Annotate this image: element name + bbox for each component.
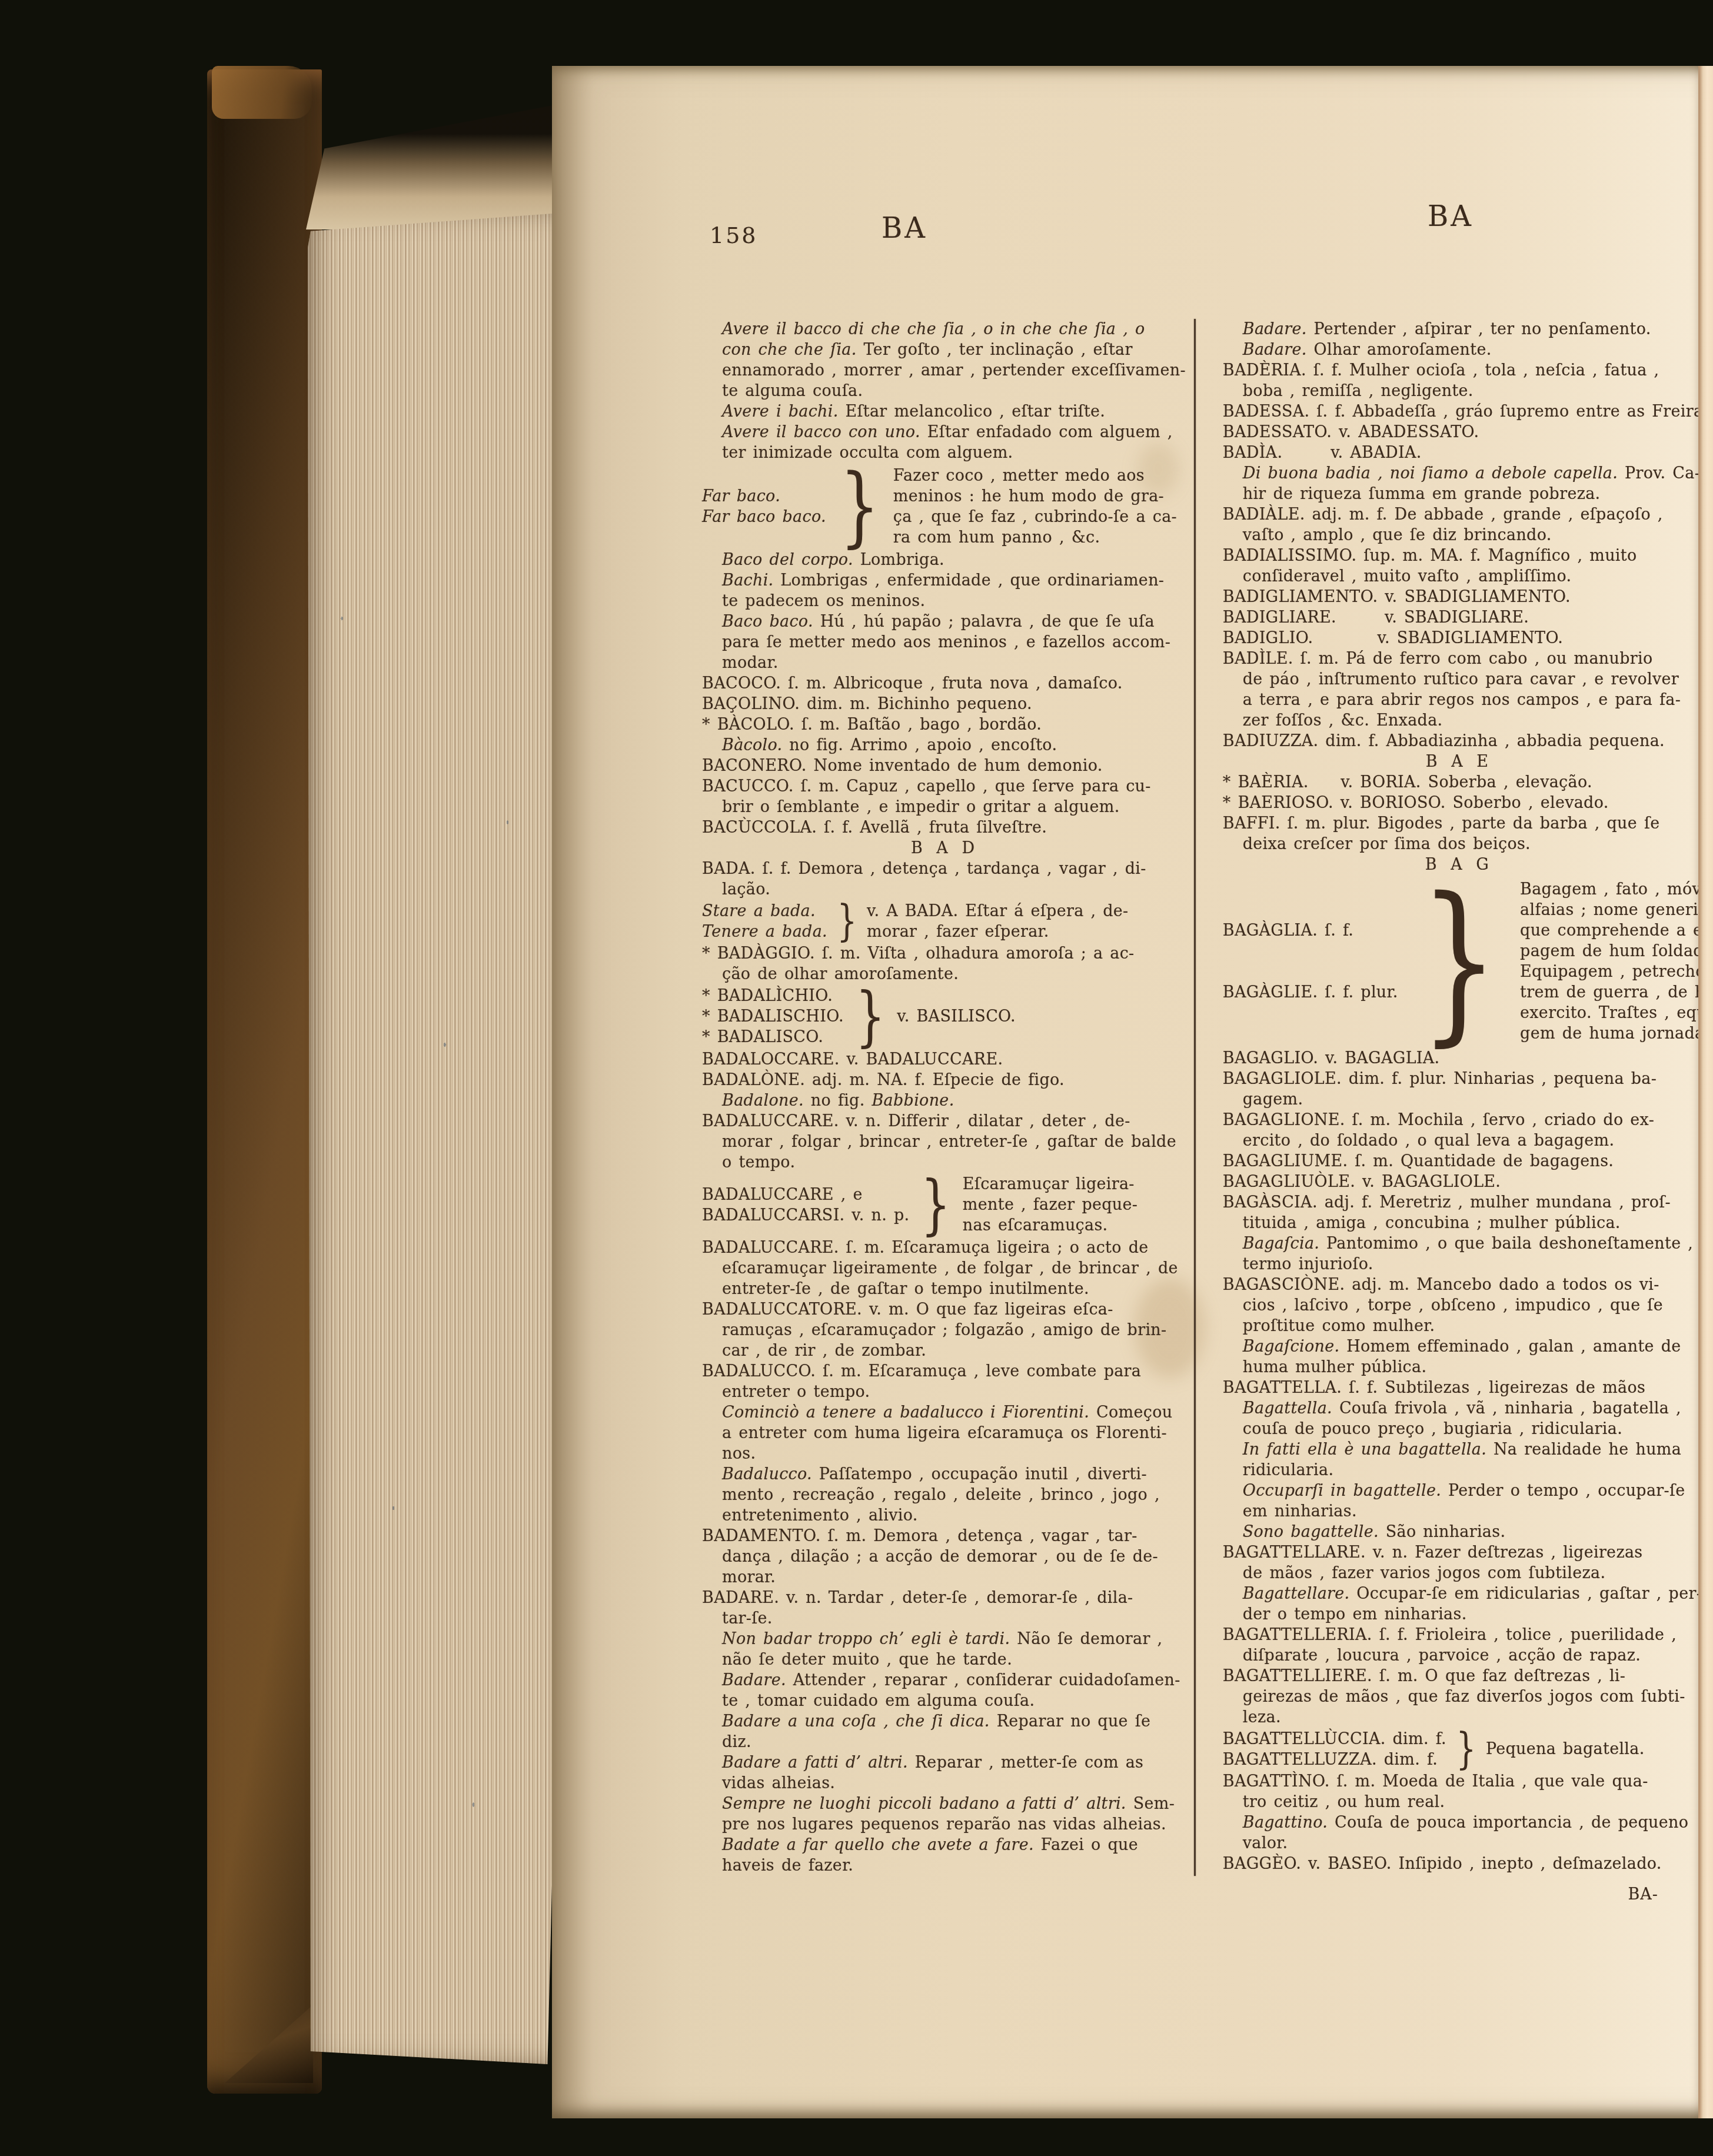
text-line: ennamorado , morrer , amar , pertender e…	[702, 360, 1187, 381]
text-line: Badare. Pertender , aſpirar , ter no pen…	[1223, 319, 1695, 340]
brace-glyph: }	[856, 984, 886, 1049]
next-page-edge	[1698, 66, 1713, 2118]
text-line: BACOCO. ſ. m. Albricoque , fruta nova , …	[702, 673, 1187, 694]
text-line: Badalucco. Paſſatempo , occupação inutil…	[702, 1464, 1187, 1485]
brace-labels: BAGATTELLÙCCIA. dim. f.BAGATTELLUZZA. di…	[1223, 1729, 1446, 1770]
text-line: BADAMENTO. ſ. m. Demora , detença , vaga…	[702, 1526, 1187, 1546]
text-line: BAGGÈO. v. BASEO. Inſipido , inepto , de…	[1223, 1854, 1695, 1874]
text-line: car , de rir , de zombar.	[702, 1340, 1187, 1361]
text-line: para ſe metter medo aos meninos , e faze…	[702, 632, 1187, 653]
text-line: Bachi. Lombrigas , enfermidade , que ord…	[702, 570, 1187, 591]
brace-label	[702, 465, 826, 486]
brace-label: BADALUCCARE , e	[702, 1185, 909, 1205]
text-line: conſideravel , muito vaſto , ampliſſimo.	[1223, 566, 1695, 587]
brace-label: Stare a bada.	[702, 901, 827, 921]
text-line: BAGATTELLARE. v. n. Fazer deſtrezas , li…	[1223, 1542, 1695, 1563]
brace-definition: Pequena bagatella.	[1481, 1739, 1645, 1759]
text-line: valor.	[1223, 1833, 1695, 1854]
text-line: BADALÒNE. adj. m. NA. f. Eſpecie de figo…	[702, 1070, 1187, 1090]
text-line: BADÈRIA. ſ. f. Mulher ocioſa , tola , ne…	[1223, 360, 1695, 381]
text-line: BAGAGLIOLE. dim. f. plur. Ninharias , pe…	[1223, 1069, 1695, 1089]
brace-text: v. BASILISCO.	[897, 1006, 1016, 1027]
brace-group: BAGATTELLÙCCIA. dim. f.BAGATTELLUZZA. di…	[1223, 1728, 1695, 1771]
text-columns: Avere il bacco di che che ſia , o in che…	[702, 319, 1695, 1876]
text-line: te , tomar cuidado em alguma couſa.	[702, 1691, 1187, 1711]
page-fore-edge-stack	[308, 211, 593, 2064]
text-line: BADARE. v. n. Tardar , deter-ſe , demora…	[702, 1588, 1187, 1608]
text-line: BADIALISSIMO. ſup. m. MA. f. Magnífico ,…	[1223, 545, 1695, 566]
text-line: Badare. Olhar amoroſamente.	[1223, 340, 1695, 360]
text-line: morar.	[702, 1567, 1187, 1588]
text-line: ercito , do ſoldado , o qual leva a baga…	[1223, 1130, 1695, 1151]
text-line: BADALUCCARE. v. n. Differir , dilatar , …	[702, 1111, 1187, 1132]
text-line: BADIGLIARE. v. SBADIGLIARE.	[1223, 607, 1695, 628]
section-heading: B A E	[1223, 751, 1695, 772]
brace-labels: BADALUCCARE , eBADALUCCARSI. v. n. p.	[702, 1185, 909, 1226]
text-line: entreter-ſe , de gaſtar o tempo inutilme…	[702, 1279, 1187, 1299]
text-line: zer foſſos , &c. Enxada.	[1223, 710, 1695, 731]
text-line: BACUCCO. ſ. m. Capuz , capello , que ſer…	[702, 776, 1187, 797]
brace-group: * BADALÌCHIO.* BADALISCHIO.* BADALISCO.}…	[702, 984, 1187, 1049]
text-line: boba , remiſſa , negligente.	[1223, 381, 1695, 401]
text-line: Bagaſcione. Homem effeminado , galan , a…	[1223, 1336, 1695, 1357]
text-line: tituida , amiga , concubina ; mulher púb…	[1223, 1213, 1695, 1233]
text-line: BAGATTELLA. ſ. f. Subtilezas , ligeireza…	[1223, 1378, 1695, 1398]
text-line: geirezas de mãos , que faz diverſos jogo…	[1223, 1686, 1695, 1707]
left-column: Avere il bacco di che che ſia , o in che…	[702, 319, 1187, 1876]
brace-label	[1223, 1023, 1398, 1044]
text-line: Bagattella. Couſa frivola , vã , ninhari…	[1223, 1398, 1695, 1419]
brace-label	[1223, 879, 1398, 900]
book-cover-spine-edge	[207, 69, 322, 2094]
text-line: Bagattellare. Occupar-ſe em ridicularias…	[1223, 1583, 1695, 1604]
brace-labels: Stare a bada.Tenere a bada.	[702, 901, 827, 942]
text-line: BAGAGLIUME. ſ. m. Quantidade de bagagens…	[1223, 1151, 1695, 1172]
text-line: Avere il bacco con uno. Eſtar enfadado c…	[702, 422, 1187, 442]
text-line: couſa de pouco preço , bugiaria , ridicu…	[1223, 1419, 1695, 1439]
brace-labels: Far baco.Far baco baco.	[702, 465, 826, 548]
text-line: BAGÀSCIA. adj. f. Meretriz , mulher mund…	[1223, 1192, 1695, 1213]
brace-label: * BADALÌCHIO.	[702, 986, 844, 1006]
text-line: BAGATTELLIERE. ſ. m. O que faz deſtrezas…	[1223, 1666, 1695, 1686]
brace-text: trem de guerra , de hum	[1520, 982, 1699, 1003]
brace-text: nas eſcaramuças.	[963, 1215, 1137, 1236]
brace-label	[1223, 961, 1398, 982]
printed-text-layer: 158 BA BA Avere il bacco di che che ſia …	[552, 66, 1699, 2118]
text-line: BAGAGLIONE. ſ. m. Mochila , ſervo , cria…	[1223, 1110, 1695, 1130]
brace-group: BADALUCCARE , eBADALUCCARSI. v. n. p.}Eſ…	[702, 1173, 1187, 1237]
brace-group: Far baco.Far baco baco. }Fazer coco , me…	[702, 463, 1187, 550]
text-line: entreter o tempo.	[702, 1382, 1187, 1402]
text-line: Bagaſcia. Pantomimo , o que baila deshon…	[1223, 1233, 1695, 1254]
brace-label: BAGÀGLIE. ſ. f. plur.	[1223, 982, 1398, 1003]
text-line: ridicularia.	[1223, 1460, 1695, 1480]
text-line: ramuças , eſcaramuçador ; folgazão , ami…	[702, 1320, 1187, 1340]
brace-labels: BAGÀGLIA. ſ. f. BAGÀGLIE. ſ. f. plur.	[1223, 879, 1398, 1044]
brace-text: mente , fazer peque-	[963, 1195, 1137, 1215]
text-line: In fatti ella è una bagattella. Na reali…	[1223, 1439, 1695, 1460]
text-line: a entreter com huma ligeira eſcaramuça o…	[702, 1423, 1187, 1443]
text-line: Sempre ne luoghi piccoli badano a fatti …	[702, 1794, 1187, 1814]
text-line: mento , recreação , regalo , deleite , b…	[702, 1485, 1187, 1505]
text-line: tro ceitiz , ou hum real.	[1223, 1792, 1695, 1812]
brace-definition: Bagagem , fato , móveis ,alfaias ; nome …	[1515, 879, 1699, 1044]
text-line: BACÙCCOLA. ſ. f. Avellã , fruta ſilveſtr…	[702, 817, 1187, 838]
text-line: Badalone. no fig. Babbione.	[702, 1090, 1187, 1111]
text-line: BADALUCCATORE. v. m. O que faz ligeiras …	[702, 1299, 1187, 1320]
text-line: BADÌLE. ſ. m. Pá de ferro com cabo , ou …	[1223, 648, 1695, 669]
text-line: BAÇOLINO. dim. m. Bichinho pequeno.	[702, 694, 1187, 714]
text-line: em ninharias.	[1223, 1501, 1695, 1522]
right-column: Badare. Pertender , aſpirar , ter no pen…	[1196, 319, 1695, 1876]
brace-text: gem de huma jornada.	[1520, 1023, 1699, 1044]
text-line: haveis de fazer.	[702, 1855, 1187, 1876]
section-heading: B A D	[702, 838, 1187, 859]
brace-label: Far baco baco.	[702, 507, 826, 527]
text-line: Badare a fatti d’ altri. Reparar , mette…	[702, 1752, 1187, 1773]
text-line: BADIUZZA. dim. f. Abbadiazinha , abbadia…	[1223, 731, 1695, 751]
text-line: te padecem os meninos.	[702, 591, 1187, 611]
brace-text: pagem de hum ſoldado.	[1520, 941, 1699, 961]
text-line: * BADÀGGIO. ſ. m. Viſta , olhadura amoro…	[702, 943, 1187, 964]
running-head-right: BA	[1428, 200, 1473, 233]
brace-label: * BADALISCHIO.	[702, 1006, 844, 1027]
brace-labels: * BADALÌCHIO.* BADALISCHIO.* BADALISCO.	[702, 986, 844, 1047]
text-line: BAGASCIÒNE. adj. m. Mancebo dado a todos…	[1223, 1275, 1695, 1295]
brace-text: Equipagem , petrechos ,	[1520, 961, 1699, 982]
text-line: a terra , e para abrir regos nos campos …	[1223, 690, 1695, 710]
brace-text: Bagagem , fato , móveis ,	[1520, 879, 1699, 900]
text-line: cios , laſcivo , torpe , obſceno , impud…	[1223, 1295, 1695, 1316]
brace-group: Stare a bada.Tenere a bada.}v. A BADA. E…	[702, 900, 1187, 943]
text-line: BAGAGLIUÒLE. v. BAGAGLIOLE.	[1223, 1172, 1695, 1192]
text-line: BADA. ſ. f. Demora , detença , tardança …	[702, 859, 1187, 879]
brace-label: Tenere a bada.	[702, 921, 827, 942]
text-line: diſparate , loucura , parvoice , acção d…	[1223, 1645, 1695, 1666]
text-line: Cominciò a tenere a badalucco i Fiorenti…	[702, 1402, 1187, 1423]
text-line: BAGATTELLERIA. ſ. f. Frioleira , tolice …	[1223, 1625, 1695, 1645]
book-page: 158 BA BA Avere il bacco di che che ſia …	[552, 66, 1699, 2118]
text-line: * BÀCOLO. ſ. m. Baſtão , bago , bordão.	[702, 714, 1187, 735]
text-line: con che che ſia. Ter goſto , ter inclina…	[702, 340, 1187, 360]
text-line: deixa creſcer por ſima dos beiços.	[1223, 834, 1695, 854]
text-line: BADESSATO. v. ABADESSATO.	[1223, 422, 1695, 442]
text-line: morar , folgar , brincar , entreter-ſe ,…	[702, 1132, 1187, 1152]
text-line: * BAÈRIA. v. BORIA. Soberba , elevação.	[1223, 772, 1695, 793]
brace-label	[1223, 941, 1398, 961]
text-line: Badare. Attender , reparar , conſiderar …	[702, 1670, 1187, 1691]
text-line: BACONERO. Nome inventado de hum demonio.	[702, 756, 1187, 776]
brace-label: BAGÀGLIA. ſ. f.	[1223, 920, 1398, 941]
text-line: brir o ſemblante , e impedir o gritar a …	[702, 797, 1187, 817]
text-line: de páo , inſtrumento ruſtico para cavar …	[1223, 669, 1695, 690]
brace-text: ra com hum panno , &c.	[893, 527, 1177, 548]
brace-label: BADALUCCARSI. v. n. p.	[702, 1205, 909, 1226]
text-line: lação.	[702, 879, 1187, 900]
brace-definition: v. BASILISCO.	[892, 1006, 1016, 1027]
text-line: ter inimizade occulta com alguem.	[702, 442, 1187, 463]
brace-glyph: }	[921, 1173, 951, 1237]
text-line: * BAERIOSO. v. BORIOSO. Soberbo , elevad…	[1223, 793, 1695, 813]
text-line: tar-ſe.	[702, 1608, 1187, 1629]
brace-definition: Fazer coco , metter medo aosmeninos : he…	[889, 465, 1177, 548]
text-line: BADIGLIO. v. SBADIGLIAMENTO.	[1223, 628, 1695, 648]
brace-label: * BADALISCO.	[702, 1027, 844, 1047]
text-line: Non badar troppo ch’ egli è tardi. Não ſ…	[702, 1629, 1187, 1649]
text-line: não ſe deter muito , que he tarde.	[702, 1649, 1187, 1670]
brace-glyph: }	[1456, 1728, 1476, 1771]
brace-text: que comprehende a equi-	[1520, 920, 1699, 941]
brace-group: BAGÀGLIA. ſ. f. BAGÀGLIE. ſ. f. plur. }B…	[1223, 875, 1695, 1048]
text-line: BADIÀLE. adj. m. f. De abbade , grande ,…	[1223, 504, 1695, 525]
brace-text: Eſcaramuçar ligeira-	[963, 1174, 1137, 1195]
text-line: Avere il bacco di che che ſia , o in che…	[702, 319, 1187, 340]
text-line: dança , dilação ; a acção de demorar , o…	[702, 1546, 1187, 1567]
brace-text: Pequena bagatella.	[1486, 1739, 1645, 1759]
brace-label	[1223, 900, 1398, 920]
brace-label: BAGATTELLUZZA. dim. f.	[1223, 1749, 1446, 1770]
brace-text: ça , que ſe faz , cubrindo-ſe a ca-	[893, 507, 1177, 527]
text-line: de mãos , fazer varios jogos com ſubtile…	[1223, 1563, 1695, 1583]
text-line: BADÌA. v. ABADIA.	[1223, 442, 1695, 463]
text-line: BADALOCCARE. v. BADALUCCARE.	[702, 1049, 1187, 1070]
brace-text: Fazer coco , metter medo aos	[893, 465, 1177, 486]
text-line: vidas alheias.	[702, 1773, 1187, 1794]
text-line: Badate a far quello che avete a fare. Fa…	[702, 1835, 1187, 1855]
brace-text: morar , fazer eſperar.	[867, 921, 1128, 942]
brace-text: exercito. Traſtes , equipa-	[1520, 1003, 1699, 1023]
page-number: 158	[710, 222, 758, 248]
text-line: pre nos lugares pequenos reparão nas vid…	[702, 1814, 1187, 1835]
text-line: BADIGLIAMENTO. v. SBADIGLIAMENTO.	[1223, 587, 1695, 607]
running-head-left: BA	[882, 212, 927, 245]
text-line: modar.	[702, 653, 1187, 673]
text-line: BADALUCCO. ſ. m. Eſcaramuça , leve comba…	[702, 1361, 1187, 1382]
text-line: Baco del corpo. Lombriga.	[702, 550, 1187, 570]
text-line: BADESSA. ſ. f. Abbadeſſa , gráo ſupremo …	[1223, 401, 1695, 422]
text-line: ção de olhar amoroſamente.	[702, 964, 1187, 984]
brace-glyph: }	[837, 900, 857, 943]
text-line: huma mulher pública.	[1223, 1357, 1695, 1378]
text-line: eſcaramuçar ligeiramente , de folgar , d…	[702, 1258, 1187, 1279]
text-line: Bàcolo. no fig. Arrimo , apoio , encoſto…	[702, 735, 1187, 756]
brace-glyph: }	[840, 463, 880, 550]
brace-label: Far baco.	[702, 486, 826, 507]
text-line: Avere i bachi. Eſtar melancolico , eſtar…	[702, 401, 1187, 422]
text-line: nos.	[702, 1443, 1187, 1464]
brace-definition: Eſcaramuçar ligeira-mente , fazer peque-…	[958, 1174, 1137, 1236]
text-line: proſtitue como mulher.	[1223, 1316, 1695, 1336]
text-line: diz.	[702, 1732, 1187, 1752]
brace-label: BAGATTELLÙCCIA. dim. f.	[1223, 1729, 1446, 1749]
brace-label	[1223, 1003, 1398, 1023]
text-line: Bagattino. Couſa de pouca importancia , …	[1223, 1812, 1695, 1833]
brace-glyph: }	[1419, 875, 1499, 1048]
text-line: termo injurioſo.	[1223, 1254, 1695, 1275]
photo-scene: 158 BA BA Avere il bacco di che che ſia …	[0, 0, 1713, 2156]
text-line: entretenimento , alivio.	[702, 1505, 1187, 1526]
brace-text: meninos : he hum modo de gra-	[893, 486, 1177, 507]
text-line: Di buona badia , noi ſiamo a debole cape…	[1223, 463, 1695, 484]
brace-label	[702, 527, 826, 548]
text-line: vaſto , amplo , que ſe diz brincando.	[1223, 525, 1695, 545]
text-line: Badare a una coſa , che ſi dica. Reparar…	[702, 1711, 1187, 1732]
text-line: gagem.	[1223, 1089, 1695, 1110]
brace-definition: v. A BADA. Eſtar á eſpera , de-morar , f…	[862, 901, 1128, 942]
text-line: Baco baco. Hú , hú papão ; palavra , de …	[702, 611, 1187, 632]
text-line: Sono bagattelle. São ninharias.	[1223, 1522, 1695, 1542]
text-line: hir de riqueza ſumma em grande pobreza.	[1223, 484, 1695, 504]
text-line: Occuparſi in bagattelle. Perder o tempo …	[1223, 1480, 1695, 1501]
text-line: der o tempo em ninharias.	[1223, 1604, 1695, 1625]
catchword: BA-	[1628, 1885, 1658, 1904]
brace-text: alfaias ; nome generico ,	[1520, 900, 1699, 920]
text-line: te alguma couſa.	[702, 381, 1187, 401]
brace-text: v. A BADA. Eſtar á eſpera , de-	[867, 901, 1128, 921]
text-line: BAFFI. ſ. m. plur. Bigodes , parte da ba…	[1223, 813, 1695, 834]
